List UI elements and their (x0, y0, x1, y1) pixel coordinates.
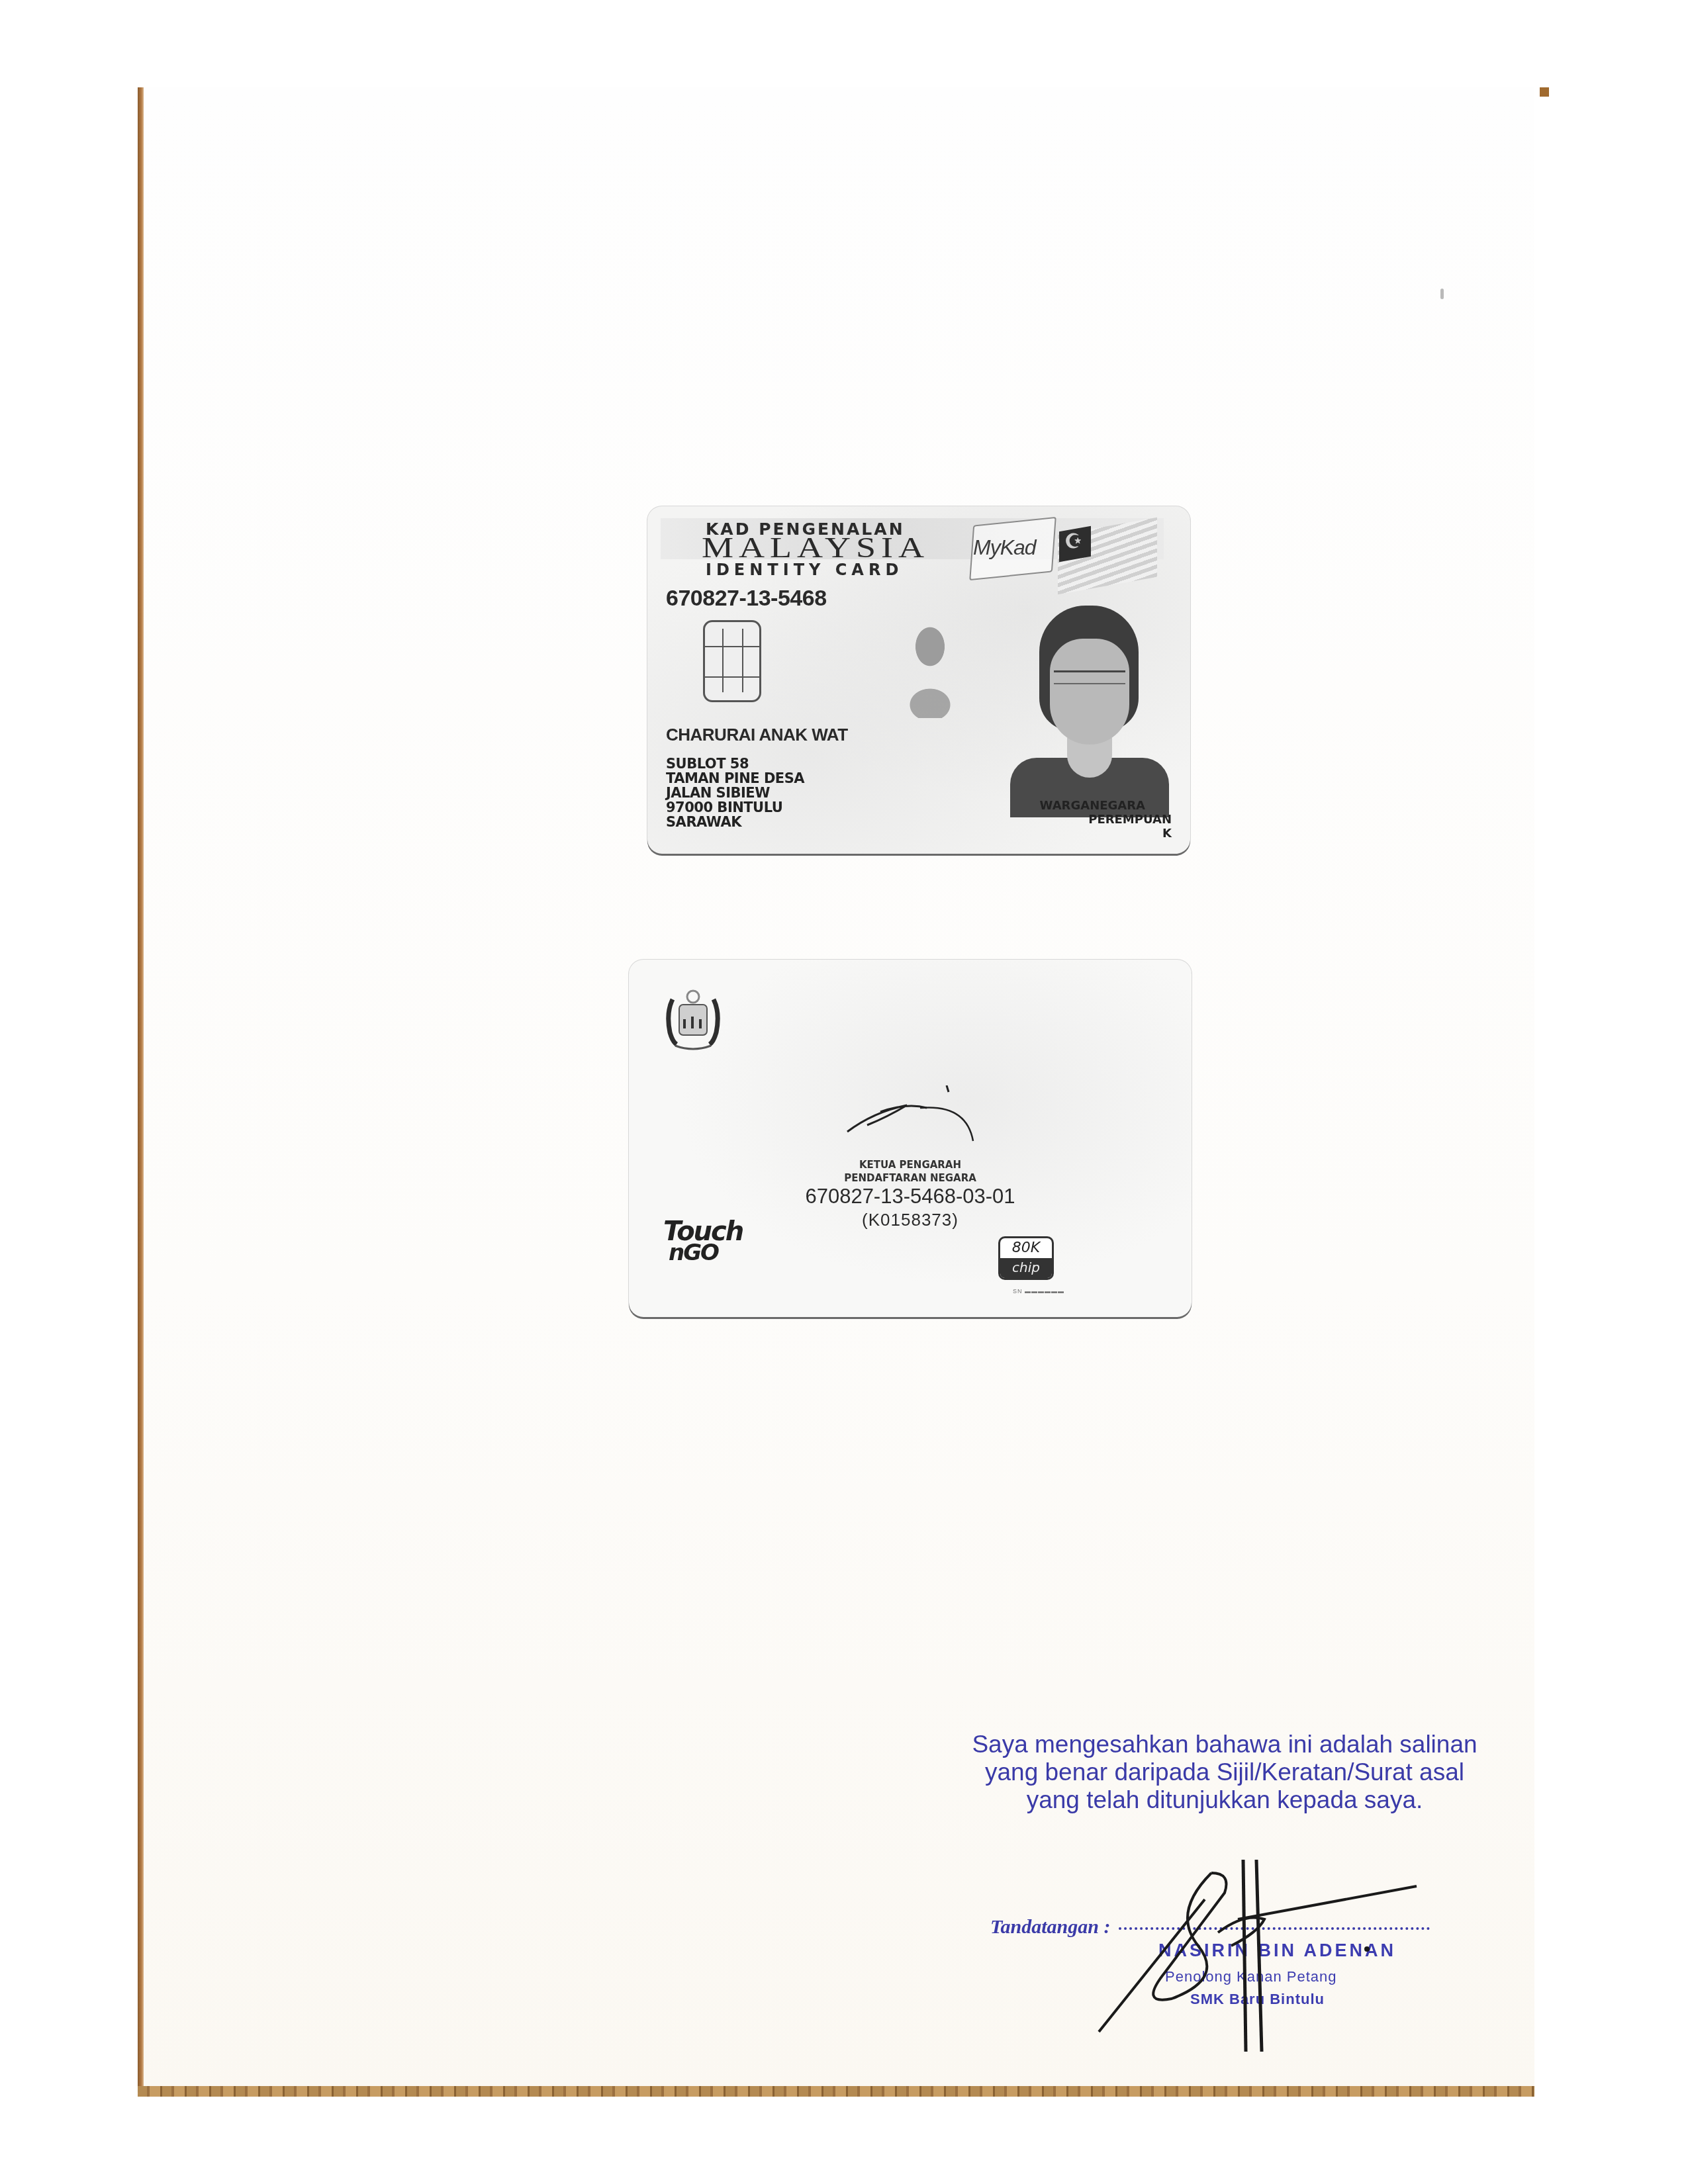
card-title-line2: MALAYSIA (702, 533, 929, 562)
id-card-back: KETUA PENGARAH PENDAFTARAN NEGARA 670827… (629, 960, 1192, 1317)
chip-capacity-badge: 80K chip (998, 1236, 1054, 1280)
crescent-star-icon: ☪ (1064, 530, 1082, 553)
card-title-line3: IDENTITY CARD (706, 561, 903, 579)
chip-capacity: 80K (1000, 1238, 1052, 1258)
serial-number: SN ▬▬▬▬▬▬ (1013, 1288, 1064, 1295)
coat-of-arms-icon (663, 986, 723, 1052)
religion-code: K (1040, 827, 1172, 841)
signatory-title-line1: KETUA PENGARAH (629, 1158, 1192, 1171)
chip-label: chip (1000, 1258, 1052, 1278)
photo-face (1050, 639, 1129, 745)
handwritten-signature-icon (1072, 1833, 1443, 2071)
director-signature-icon (841, 1085, 986, 1152)
cert-line: yang benar daripada Sijil/Keratan/Surat … (927, 1758, 1523, 1786)
cert-line: yang telah ditunjukkan kepada saya. (927, 1786, 1523, 1814)
paper-left-edge (138, 87, 144, 2093)
mykad-brand: MyKad (973, 535, 1036, 560)
address-line: TAMAN PINE DESA (666, 771, 804, 786)
address-line: 97000 BINTULU (666, 800, 804, 815)
citizenship: WARGANEGARA (1040, 799, 1145, 813)
signatory-title-line2: PENDAFTARAN NEGARA (629, 1171, 1192, 1185)
certification-stamp: Saya mengesahkan bahawa ini adalah salin… (927, 1731, 1523, 1814)
corner-mark (1540, 87, 1549, 97)
signatory-title: KETUA PENGARAH PENDAFTARAN NEGARA (629, 1158, 1192, 1185)
holder-address: SUBLOT 58 TAMAN PINE DESA JALAN SIBIEW 9… (666, 756, 804, 829)
serial-obscured: ▬▬▬▬▬▬ (1025, 1288, 1064, 1295)
serial-prefix: SN (1013, 1288, 1023, 1295)
stray-mark (1440, 289, 1444, 299)
address-line: SUBLOT 58 (666, 756, 804, 771)
holder-name: CHARURAI ANAK WAT (666, 725, 848, 745)
citizenship-block: WARGANEGARA PEREMPUAN K (1040, 799, 1172, 841)
touch-n-go-logo: Touch nGO (663, 1221, 743, 1263)
ghost-photo (900, 606, 960, 718)
full-id-number: 670827-13-5468-03-01 (629, 1185, 1192, 1208)
id-card-front: KAD PENGENALAN MALAYSIA IDENTITY CARD My… (647, 506, 1190, 854)
smart-chip-icon (703, 620, 761, 702)
gender: PEREMPUAN (1040, 813, 1172, 827)
holder-photo (1010, 606, 1169, 817)
id-number: 670827-13-5468 (666, 586, 827, 612)
photo-glasses (1054, 670, 1125, 684)
cert-line: Saya mengesahkan bahawa ini adalah salin… (927, 1731, 1523, 1758)
address-line: JALAN SIBIEW (666, 786, 804, 800)
paper-bottom-edge (138, 2086, 1534, 2097)
address-line: SARAWAK (666, 815, 804, 829)
